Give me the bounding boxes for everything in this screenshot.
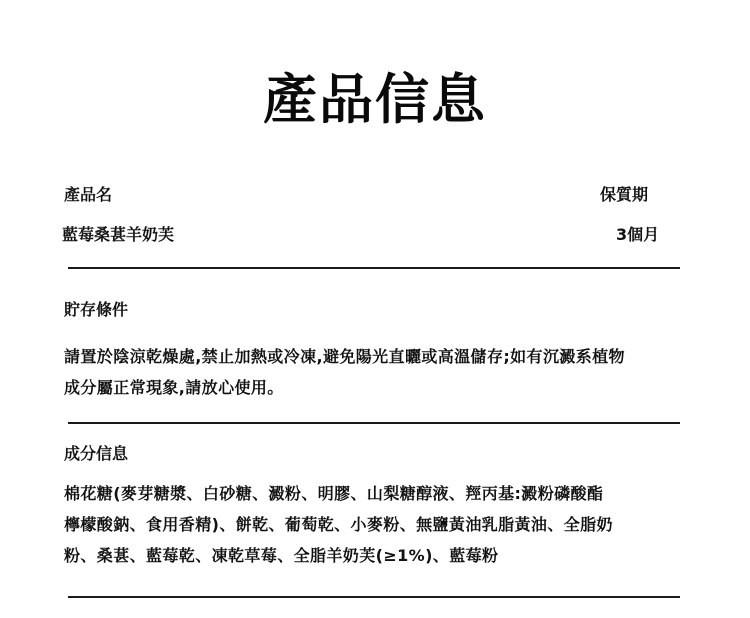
page-title: 產品信息 <box>0 68 750 132</box>
divider <box>68 596 680 598</box>
shelf-life-label: 保質期 <box>600 185 648 205</box>
storage-text: 請置於陰涼乾燥處,禁止加熱或冷凍,避免陽光直曬或高溫儲存;如有沉澱系植物 成分屬… <box>64 341 684 403</box>
product-name-label: 產品名 <box>64 185 112 205</box>
storage-line: 成分屬正常現象,請放心使用。 <box>64 372 684 403</box>
divider <box>68 422 680 424</box>
ingredients-text: 棉花糖(麥芽糖漿、白砂糖、澱粉、明膠、山梨糖醇液、羥丙基:澱粉磷酸酯 檸檬酸鈉、… <box>64 478 684 571</box>
ingredients-line: 檸檬酸鈉、食用香精)、餅乾、葡萄乾、小麥粉、無鹽黃油乳脂黃油、全脂奶 <box>64 509 684 540</box>
ingredients-heading: 成分信息 <box>64 444 128 464</box>
ingredients-line: 棉花糖(麥芽糖漿、白砂糖、澱粉、明膠、山梨糖醇液、羥丙基:澱粉磷酸酯 <box>64 478 684 509</box>
product-name-value: 藍莓桑葚羊奶芙 <box>62 225 174 245</box>
divider <box>68 267 680 269</box>
ingredients-line: 粉、桑葚、藍莓乾、凍乾草莓、全脂羊奶芙(≥1%)、藍莓粉 <box>64 540 684 571</box>
shelf-life-value: 3個月 <box>616 225 659 245</box>
storage-heading: 貯存條件 <box>64 300 128 320</box>
storage-line: 請置於陰涼乾燥處,禁止加熱或冷凍,避免陽光直曬或高溫儲存;如有沉澱系植物 <box>64 341 684 372</box>
